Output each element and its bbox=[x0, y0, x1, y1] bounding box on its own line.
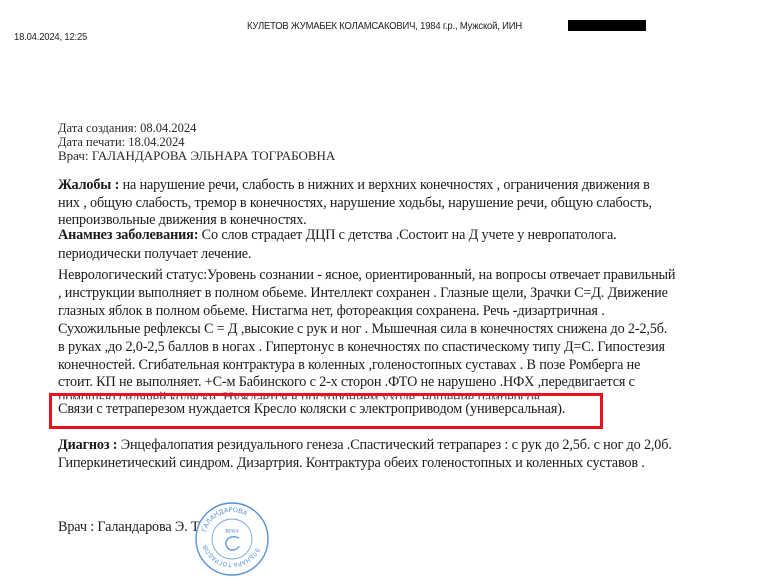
highlighted-wheelchair-line: Связи с тетраперезом нуждается Кресло ко… bbox=[58, 401, 565, 418]
iin-redaction-block bbox=[568, 20, 646, 31]
anamnesis-line-1: Анамнез заболевания: Со слов страдает ДЦ… bbox=[58, 227, 617, 244]
svg-text:ВРАЧ: ВРАЧ bbox=[225, 529, 238, 535]
neuro-status-line: , инструкции выполняет в полном обьеме. … bbox=[58, 285, 668, 302]
creation-date: Дата создания: 08.04.2024 bbox=[58, 121, 196, 136]
doctor-name: Врач: ГАЛАНДАРОВА ЭЛЬНАРА ТОГРАБОВНА bbox=[58, 148, 335, 164]
patient-info-line: КУЛЕТОВ ЖУМАБЕК КОЛАМСАКОВИЧ, 1984 г.р.,… bbox=[247, 20, 522, 32]
complaints-label: Жалобы : bbox=[58, 177, 119, 193]
signature-line: Врач : Галандарова Э. Т bbox=[58, 519, 199, 536]
diagnosis-line-1: Диагноз : Энцефалопатия резидуального ге… bbox=[58, 437, 672, 454]
anamnesis-label: Анамнез заболевания: bbox=[58, 227, 198, 243]
neuro-status-line: Сухожильные рефлексы С = Д ,высокие с ру… bbox=[58, 321, 667, 338]
neuro-status-line: Неврологический статус:Уровень сознании … bbox=[58, 267, 675, 284]
doctor-stamp-icon: ГАЛАНДАРОВА ЭЛЬНАРА ТОГРАБОВНА ВРАЧ bbox=[193, 500, 271, 578]
neuro-status-line: конечностей. Сгибательная контрактура в … bbox=[58, 357, 640, 374]
diagnosis-line-2: Гиперкинетический синдром. Дизартрия. Ко… bbox=[58, 455, 645, 472]
anamnesis-line-2: периодически получает лечение. bbox=[58, 246, 251, 263]
neuro-status-line: глазных яблок в полном обьеме. Нистагма … bbox=[58, 303, 605, 320]
print-datetime: 18.04.2024, 12:25 bbox=[14, 31, 87, 43]
diagnosis-label: Диагноз : bbox=[58, 437, 117, 453]
complaints-line-2: них , общую слабость, тремор в конечност… bbox=[58, 195, 652, 212]
complaints-text: на нарушение речи, слабость в нижних и в… bbox=[119, 177, 649, 193]
anamnesis-text: Со слов страдает ДЦП с детства .Состоит … bbox=[198, 227, 616, 243]
neuro-status-line: в руках ,до 2,0-2,5 баллов в ногах . Гип… bbox=[58, 339, 665, 356]
diagnosis-text: Энцефалопатия резидуального генеза .Спас… bbox=[117, 437, 671, 453]
complaints-line-1: Жалобы : на нарушение речи, слабость в н… bbox=[58, 177, 650, 194]
neuro-status-line: стоит. КП не выполняет. +С-м Бабинского … bbox=[58, 374, 635, 391]
